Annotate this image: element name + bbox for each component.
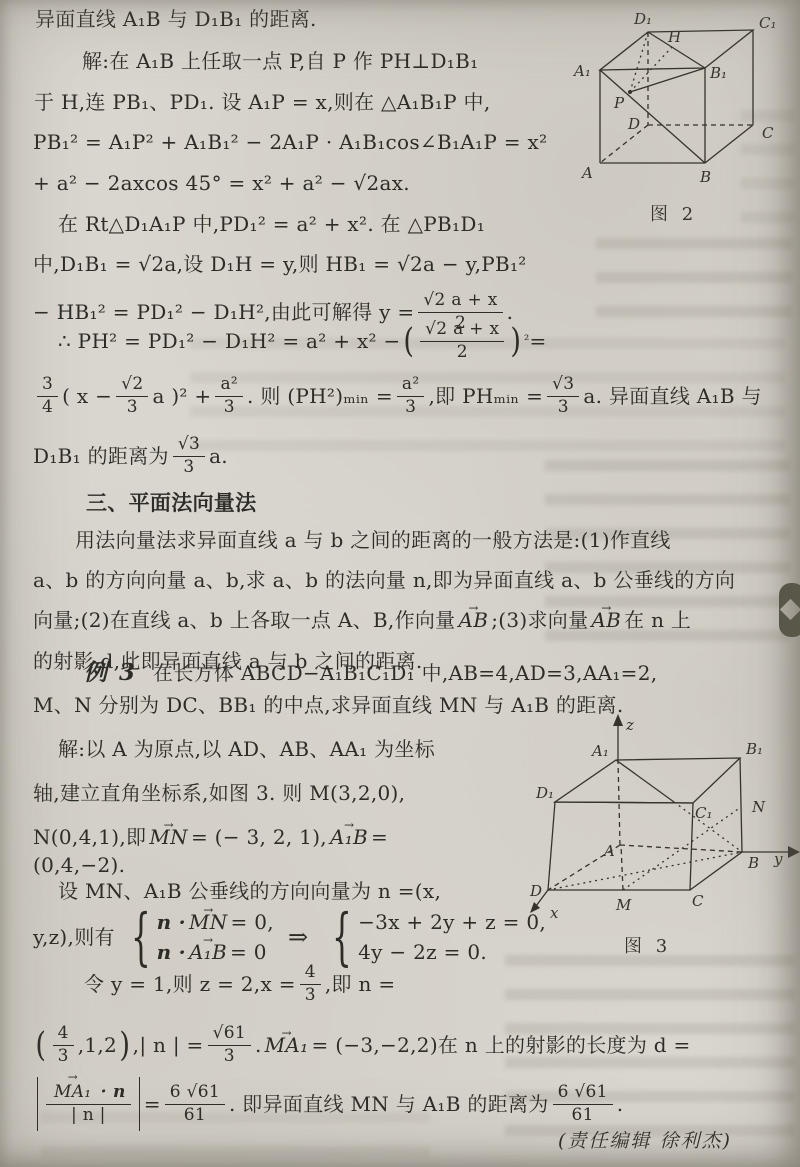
- example-label: 例 3: [84, 659, 137, 686]
- diamond-icon: [780, 599, 800, 620]
- z-axis-arrow: [613, 714, 623, 726]
- text-line: 解:以 A 为原点,以 AD、AB、AA₁ 为坐标: [58, 736, 435, 762]
- text-line: 于 H,连 PB₁、PD₁. 设 A₁P = x,则在 △A₁B₁P 中,: [34, 89, 490, 115]
- fig2-label-c: C: [762, 124, 774, 142]
- formula-line: 34 ( x − √23 a )² + a²3 . 则 (PH²)ₘᵢₙ = a…: [33, 366, 762, 426]
- text-line: 解:在 A₁B 上任取一点 P,自 P 作 PH⊥D₁B₁: [82, 48, 478, 74]
- formula-line: PB₁² = A₁P² + A₁B₁² − 2A₁P · A₁B₁cos∠B₁A…: [33, 129, 547, 155]
- fig3-caption: 图 3: [624, 936, 671, 957]
- fig3-label-d1: D₁: [535, 784, 554, 802]
- formula-line: ( 43 ,1,2 ) ,| n | = √613 . MA₁ = (−3,−2…: [33, 1016, 691, 1074]
- right-paren: ): [119, 1028, 130, 1062]
- formula-line: N(0,4,1),即MN= (− 3, 2, 1),A₁B=: [33, 824, 388, 850]
- fig2-label-b1: B₁: [709, 64, 727, 82]
- bleedthrough-texture: [596, 238, 792, 328]
- formula-line: 中,D₁B₁ = √2a,设 D₁H = y,则 HB₁ = √2a − y,P…: [33, 251, 527, 277]
- text-line: 异面直线 A₁B 与 D₁B₁ 的距离.: [35, 6, 317, 32]
- vector-ab: AB: [591, 607, 621, 633]
- formula-line: MA₁ · n | n | = 6 √6161 . 即异面直线 MN 与 A₁B…: [33, 1072, 623, 1136]
- scanned-math-page: { "colors":{"paper":"#d9d6cf","ink":"#2e…: [0, 0, 800, 1167]
- figure-2-cube: A₁ B₁ C₁ D₁ A B C D P H 图 2: [570, 8, 798, 236]
- text-line: 轴,建立直角坐标系,如图 3. 则 M(3,2,0),: [33, 780, 405, 806]
- fig2-label-h: H: [667, 28, 682, 46]
- paragraph-line: 向量;(2)在直线 a、b 上各取一点 A、B,作向量AB;(3)求向量AB在 …: [33, 607, 691, 633]
- fraction: a²3: [215, 375, 243, 416]
- formula-line: 令 y = 1,则 z = 2,x = 43 ,即 n =: [84, 958, 395, 1010]
- formula-line: + a² − 2axcos 45° = x² + a² − √2ax.: [33, 170, 410, 196]
- fig2-label-a: A: [580, 164, 593, 182]
- credit-line: (责任编辑 徐利杰): [558, 1128, 732, 1154]
- formula-line: ∴ PH² = PD₁² − D₁H² = a² + x² − ( √2 a +…: [58, 312, 547, 370]
- fraction: 34: [37, 375, 58, 416]
- fig2-label-d1: D₁: [633, 10, 652, 28]
- fraction: √2 a + x2: [420, 320, 504, 361]
- left-paren: (: [35, 1028, 46, 1062]
- fig3-label-m: M: [615, 896, 632, 914]
- page-edge-tab: [779, 583, 800, 637]
- fraction: MA₁ · n | n |: [46, 1083, 131, 1124]
- right-paren: ): [511, 324, 522, 358]
- fig2-label-a1: A₁: [572, 62, 591, 80]
- brace: {: [332, 909, 352, 965]
- fraction: √23: [116, 375, 148, 416]
- left-paren: (: [403, 324, 414, 358]
- formula-line: D₁B₁ 的距离为 √33 a.: [33, 428, 228, 484]
- fraction: √33: [173, 435, 205, 476]
- brace: {: [131, 909, 151, 965]
- paragraph-line: 用法向量法求异面直线 a 与 b 之间的距离的一般方法是:(1)作直线: [75, 527, 671, 553]
- fraction: 43: [53, 1024, 74, 1065]
- fig3-label-d: D: [529, 882, 542, 900]
- implies-arrow: ⇒: [288, 924, 308, 950]
- fig3-label-n: N: [751, 798, 766, 816]
- fraction: √33: [547, 375, 579, 416]
- fig3-label-b1: B₁: [745, 740, 763, 758]
- vector-ab: AB: [458, 607, 488, 633]
- fig2-label-p: P: [613, 94, 625, 112]
- fig2-label-c1: C₁: [759, 14, 777, 32]
- fraction: 6 √6161: [165, 1083, 225, 1124]
- y-axis-arrow: [788, 846, 800, 858]
- vector-mn: MN: [149, 824, 188, 850]
- fig3-label-a1: A₁: [590, 742, 609, 760]
- vector-a1b: A₁B: [330, 824, 368, 850]
- vector-ma1: MA₁: [54, 1083, 91, 1102]
- vector-ma1: MA₁: [265, 1032, 309, 1058]
- example-line: 例 3在长方体 ABCD−A₁B₁C₁D₁ 中,AB=4,AD=3,AA₁=2,: [84, 660, 657, 686]
- paragraph-line: a、b 的方向向量 a、b,求 a、b 的法向量 n,即为异面直线 a、b 公垂…: [33, 567, 735, 593]
- fig3-label-c1: C₁: [695, 804, 713, 822]
- fraction: a²3: [397, 375, 425, 416]
- fig3-label-z: z: [625, 716, 634, 734]
- abs-bar: [139, 1077, 140, 1131]
- fraction: √613: [208, 1024, 251, 1065]
- fraction: 6 √6161: [553, 1083, 613, 1124]
- section-heading: 三、平面法向量法: [86, 490, 256, 516]
- point-p-dot: [628, 90, 632, 94]
- formula-line: 在 Rt△D₁A₁P 中,PD₁² = a² + x². 在 △PB₁D₁: [58, 211, 485, 237]
- abs-bar: [37, 1077, 38, 1131]
- fig2-caption: 图 2: [650, 204, 697, 225]
- fig2-label-d: D: [627, 115, 640, 133]
- fig3-label-b: B: [747, 854, 759, 872]
- formula-line: (0,4,−2).: [33, 852, 125, 878]
- fig3-label-c: C: [692, 892, 704, 910]
- fig2-label-b: B: [699, 168, 711, 186]
- fraction: 43: [300, 963, 321, 1004]
- figure-3-box: z y x A₁ B₁ C₁ D₁ A B C D M N 图 3: [528, 712, 800, 964]
- fig3-label-x: x: [550, 904, 559, 922]
- fig3-label-a: A: [602, 842, 615, 860]
- fig3-label-y: y: [773, 850, 783, 868]
